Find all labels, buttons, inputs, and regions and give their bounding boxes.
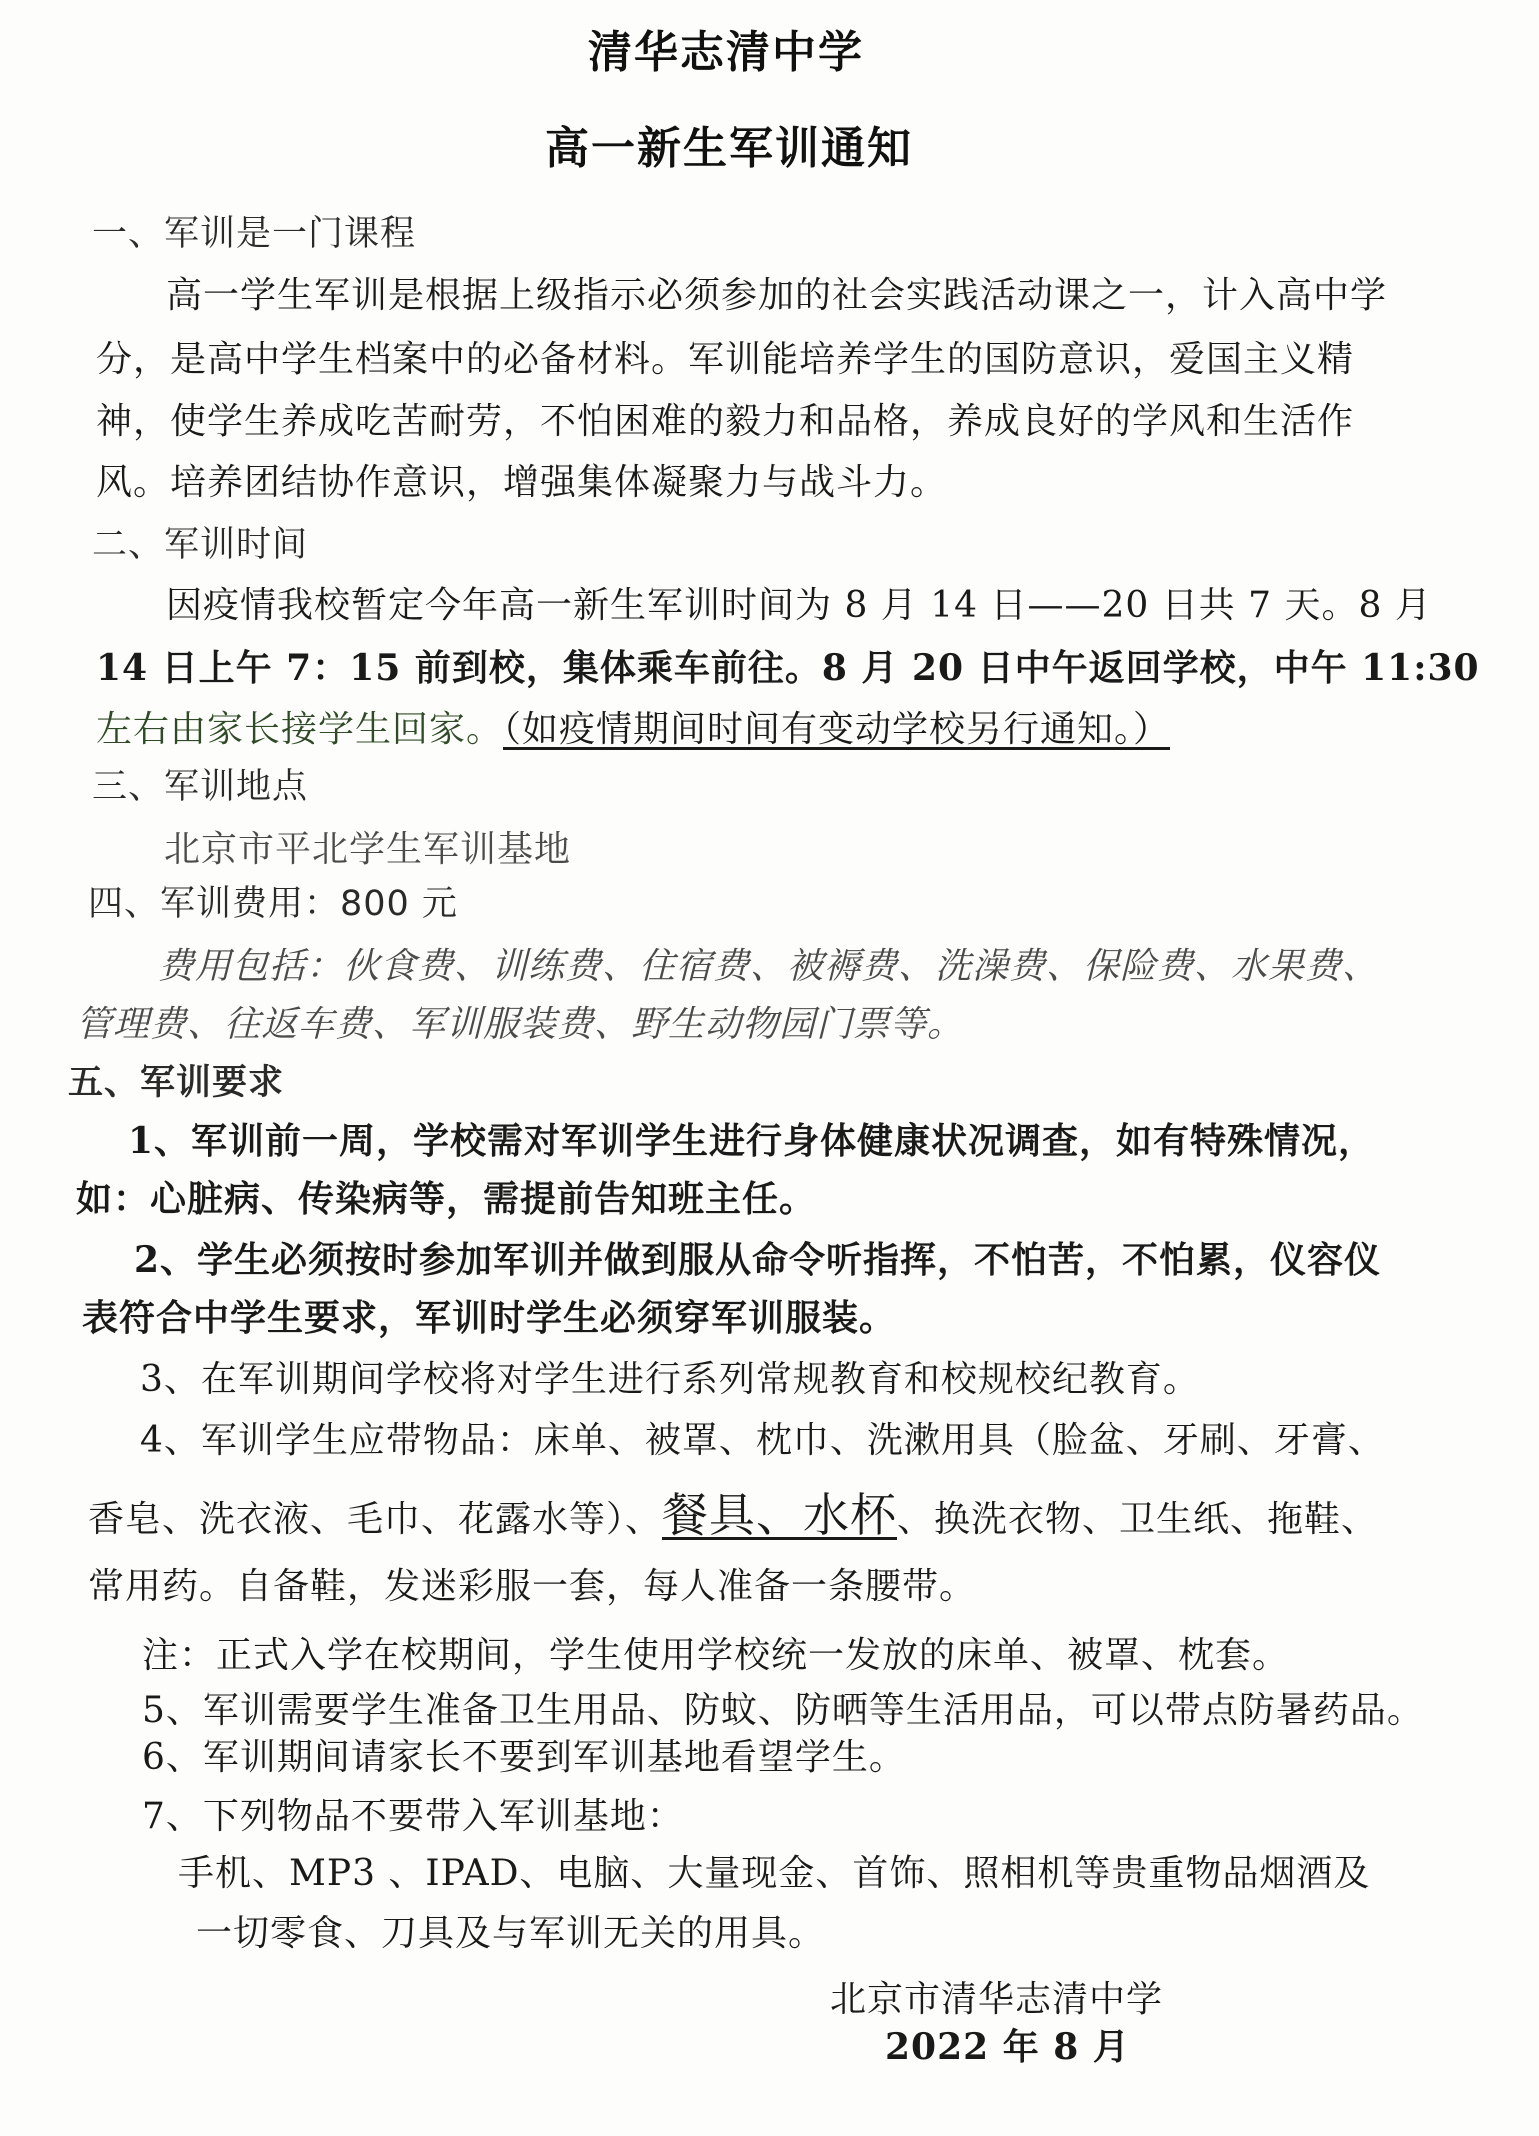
tableware-emphasis: 餐具、水杯 [662,1488,897,1542]
prohibited-items-cont: 一切零食、刀具及与军训无关的用具。 [196,1912,825,1956]
fee-line: 费用包括：伙食费、训练费、住宿费、被褥费、洗澡费、保险费、水果费、 [158,945,1379,989]
signature-org: 北京市清华志清中学 [830,1978,1163,2022]
section-1-line: 高一学生军训是根据上级指示必须参加的社会实践活动课之一，计入高中学 [166,274,1387,318]
requirement-6: 6、军训期间请家长不要到军训基地看望学生。 [142,1736,906,1780]
section-1-line: 神，使学生养成吃苦耐劳，不怕困难的毅力和品格，养成良好的学风和生活作 [96,400,1354,444]
signature-date: 2022 年 8 月 [885,2025,1130,2069]
items-text: 香皂、洗衣液、毛巾、花露水等）、 [88,1499,662,1540]
section-1-line: 分，是高中学生档案中的必备材料。军训能培养学生的国防意识，爱国主义精 [96,338,1354,382]
pickup-text: 左右由家长接学生回家。 [96,709,503,750]
section-2-heading: 二、军训时间 [92,523,308,567]
note-text: 注：正式入学在校期间，学生使用学校统一发放的床单、被罩、枕套。 [142,1634,1289,1678]
change-notice-text: （如疫情期间时间有变动学校另行通知。） [503,709,1170,750]
requirement-3: 3、在军训期间学校将对学生进行系列常规教育和校规校纪教育。 [140,1358,1200,1402]
requirement-5: 5、军训需要学生准备卫生用品、防蚊、防晒等生活用品，可以带点防暑药品。 [142,1689,1424,1733]
section-3-heading: 三、军训地点 [92,765,308,809]
requirement-2: 2、学生必须按时参加军训并做到服从命令听指挥，不怕苦，不怕累，仪容仪 [134,1238,1381,1282]
prohibited-items: 手机、MP3 、IPAD、电脑、大量现金、首饰、照相机等贵重物品烟酒及 [178,1852,1370,1896]
requirement-7: 7、下列物品不要带入军训基地： [142,1795,684,1839]
items-text: 、换洗衣物、卫生纸、拖鞋、 [897,1499,1378,1540]
requirement-2-cont: 表符合中学生要求，军训时学生必须穿军训服装。 [82,1296,896,1340]
fee-line: 管理费、往返车费、军训服装费、野生动物园门票等。 [76,1003,964,1047]
section-5-heading: 五、军训要求 [68,1061,284,1105]
requirement-4: 4、军训学生应带物品：床单、被罩、枕巾、洗漱用具（脸盆、牙刷、牙膏、 [140,1419,1385,1463]
notice-title: 高一新生军训通知 [545,122,913,176]
school-title: 清华志清中学 [588,26,864,80]
section-2-line: 因疫情我校暂定今年高一新生军训时间为 8 月 14 日——20 日共 7 天。8… [166,584,1432,628]
requirement-4-cont: 常用药。自备鞋，发迷彩服一套，每人准备一条腰带。 [88,1565,976,1609]
requirement-1: 1、军训前一周，学校需对军训学生进行身体健康状况调查，如有特殊情况， [128,1119,1375,1163]
training-location: 北京市平北学生军训基地 [164,828,571,872]
section-4-heading: 四、军训费用：800 元 [88,882,458,926]
section-1-heading: 一、军训是一门课程 [92,212,416,256]
requirement-4-cont: 香皂、洗衣液、毛巾、花露水等）、餐具、水杯、换洗衣物、卫生纸、拖鞋、 [88,1493,1378,1542]
section-2-line: 14 日上午 7：15 前到校，集体乘车前往。8 月 20 日中午返回学校，中午… [96,646,1480,690]
section-2-line: 左右由家长接学生回家。（如疫情期间时间有变动学校另行通知。） [96,708,1170,752]
section-1-line: 风。培养团结协作意识，增强集体凝聚力与战斗力。 [96,461,947,505]
requirement-1-cont: 如：心脏病、传染病等，需提前告知班主任。 [76,1177,816,1221]
